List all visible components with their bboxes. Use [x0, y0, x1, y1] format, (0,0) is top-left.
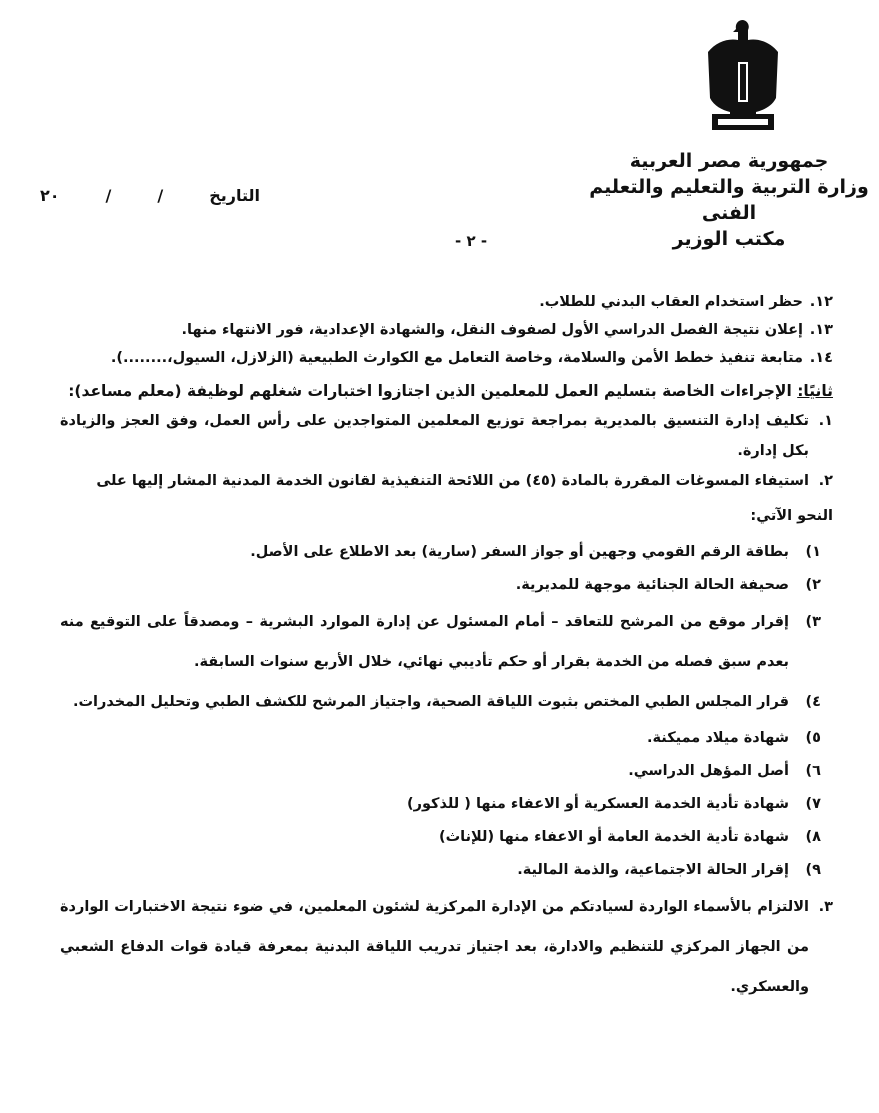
section-heading-text: الإجراءات الخاصة بتسليم العمل للمعلمين ا… [68, 382, 797, 400]
letterhead: جمهورية مصر العربية وزارة التربية والتعل… [589, 148, 869, 252]
document-requirement: ٣) إقرار موقع من المرشح للتعاقد – أمام ا… [60, 602, 833, 682]
requirement-text: إقرار موقع من المرشح للتعاقد – أمام المس… [60, 602, 789, 682]
document-requirement: ٨) شهادة تأدية الخدمة العامة أو الاعفاء … [60, 821, 833, 854]
item-text: حظر استخدام العقاب البدني للطلاب. [539, 288, 803, 316]
requirement-number: ١) [789, 536, 821, 569]
point-text: استيفاء المسوغات المقررة بالمادة (٤٥) من… [60, 466, 809, 496]
document-page: جمهورية مصر العربية وزارة التربية والتعل… [0, 0, 879, 1113]
document-requirement: ٥) شهادة ميلاد مميكنة. [60, 722, 833, 755]
point-text: الالتزام بالأسماء الواردة لسيادتكم من ال… [60, 887, 809, 1007]
document-body: ١٢. حظر استخدام العقاب البدني للطلاب. ١٣… [60, 288, 833, 1007]
list-item: ١٤. متابعة تنفيذ خطط الأمن والسلامة، وخا… [60, 344, 833, 372]
date-field: التاريخ / / ٢٠ [40, 186, 260, 205]
ministry-name: وزارة التربية والتعليم والتعليم الفنى [589, 174, 869, 226]
requirement-text: قرار المجلس الطبي المختص بثبوت اللياقة ا… [60, 682, 789, 722]
list-item: ١٢. حظر استخدام العقاب البدني للطلاب. [60, 288, 833, 316]
item-number: ١٢. [803, 288, 833, 316]
requirement-number: ٧) [789, 788, 821, 821]
section-point: ١. تكليف إدارة التنسيق بالمديرية بمراجعة… [60, 406, 833, 466]
country-name: جمهورية مصر العربية [589, 148, 869, 174]
office-name: مكتب الوزير [589, 226, 869, 252]
requirement-number: ٣) [789, 602, 821, 682]
page-number: - ٢ - [455, 232, 487, 250]
document-requirement: ٢) صحيفة الحالة الجنائية موجهة للمديرية. [60, 569, 833, 602]
document-requirement: ١) بطاقة الرقم القومي وجهين أو جواز السف… [60, 536, 833, 569]
egypt-eagle-emblem-icon [700, 18, 786, 138]
point-number: ١. [809, 406, 833, 466]
section-point: ٣. الالتزام بالأسماء الواردة لسيادتكم من… [60, 887, 833, 1007]
document-requirement: ٦) أصل المؤهل الدراسي. [60, 755, 833, 788]
requirement-number: ٨) [789, 821, 821, 854]
point-text: تكليف إدارة التنسيق بالمديرية بمراجعة تو… [60, 406, 809, 466]
requirement-text: شهادة تأدية الخدمة العسكرية أو الاعفاء م… [60, 788, 789, 821]
document-requirement: ٤) قرار المجلس الطبي المختص بثبوت اللياق… [60, 682, 833, 722]
date-label: التاريخ [209, 186, 260, 205]
list-item: ١٣. إعلان نتيجة الفصل الدراسي الأول لصفو… [60, 316, 833, 344]
point-continuation: النحو الآتي: [60, 496, 833, 536]
requirement-number: ٥) [789, 722, 821, 755]
date-year: ٢٠ [40, 186, 60, 205]
requirement-text: صحيفة الحالة الجنائية موجهة للمديرية. [60, 569, 789, 602]
document-requirement: ٩) إقرار الحالة الاجتماعية، والذمة المال… [60, 854, 833, 887]
date-separator: / [106, 186, 112, 205]
requirement-text: شهادة ميلاد مميكنة. [60, 722, 789, 755]
document-requirement: ٧) شهادة تأدية الخدمة العسكرية أو الاعفا… [60, 788, 833, 821]
requirement-text: شهادة تأدية الخدمة العامة أو الاعفاء منه… [60, 821, 789, 854]
requirement-number: ٦) [789, 755, 821, 788]
section-heading-prefix: ثانيًا: [797, 382, 833, 400]
requirement-text: بطاقة الرقم القومي وجهين أو جواز السفر (… [60, 536, 789, 569]
requirement-number: ٩) [789, 854, 821, 887]
requirement-number: ٤) [789, 682, 821, 722]
item-number: ١٤. [803, 344, 833, 372]
requirement-number: ٢) [789, 569, 821, 602]
point-number: ٣. [809, 887, 833, 1007]
item-text: متابعة تنفيذ خطط الأمن والسلامة، وخاصة ا… [111, 344, 803, 372]
requirement-text: إقرار الحالة الاجتماعية، والذمة المالية. [60, 854, 789, 887]
section-heading: ثانيًا: الإجراءات الخاصة بتسليم العمل لل… [60, 376, 833, 406]
item-text: إعلان نتيجة الفصل الدراسي الأول لصفوف ال… [182, 316, 803, 344]
item-number: ١٣. [803, 316, 833, 344]
requirement-text: أصل المؤهل الدراسي. [60, 755, 789, 788]
point-number: ٢. [809, 466, 833, 496]
section-point: ٢. استيفاء المسوغات المقررة بالمادة (٤٥)… [60, 466, 833, 496]
date-separator: / [157, 186, 163, 205]
